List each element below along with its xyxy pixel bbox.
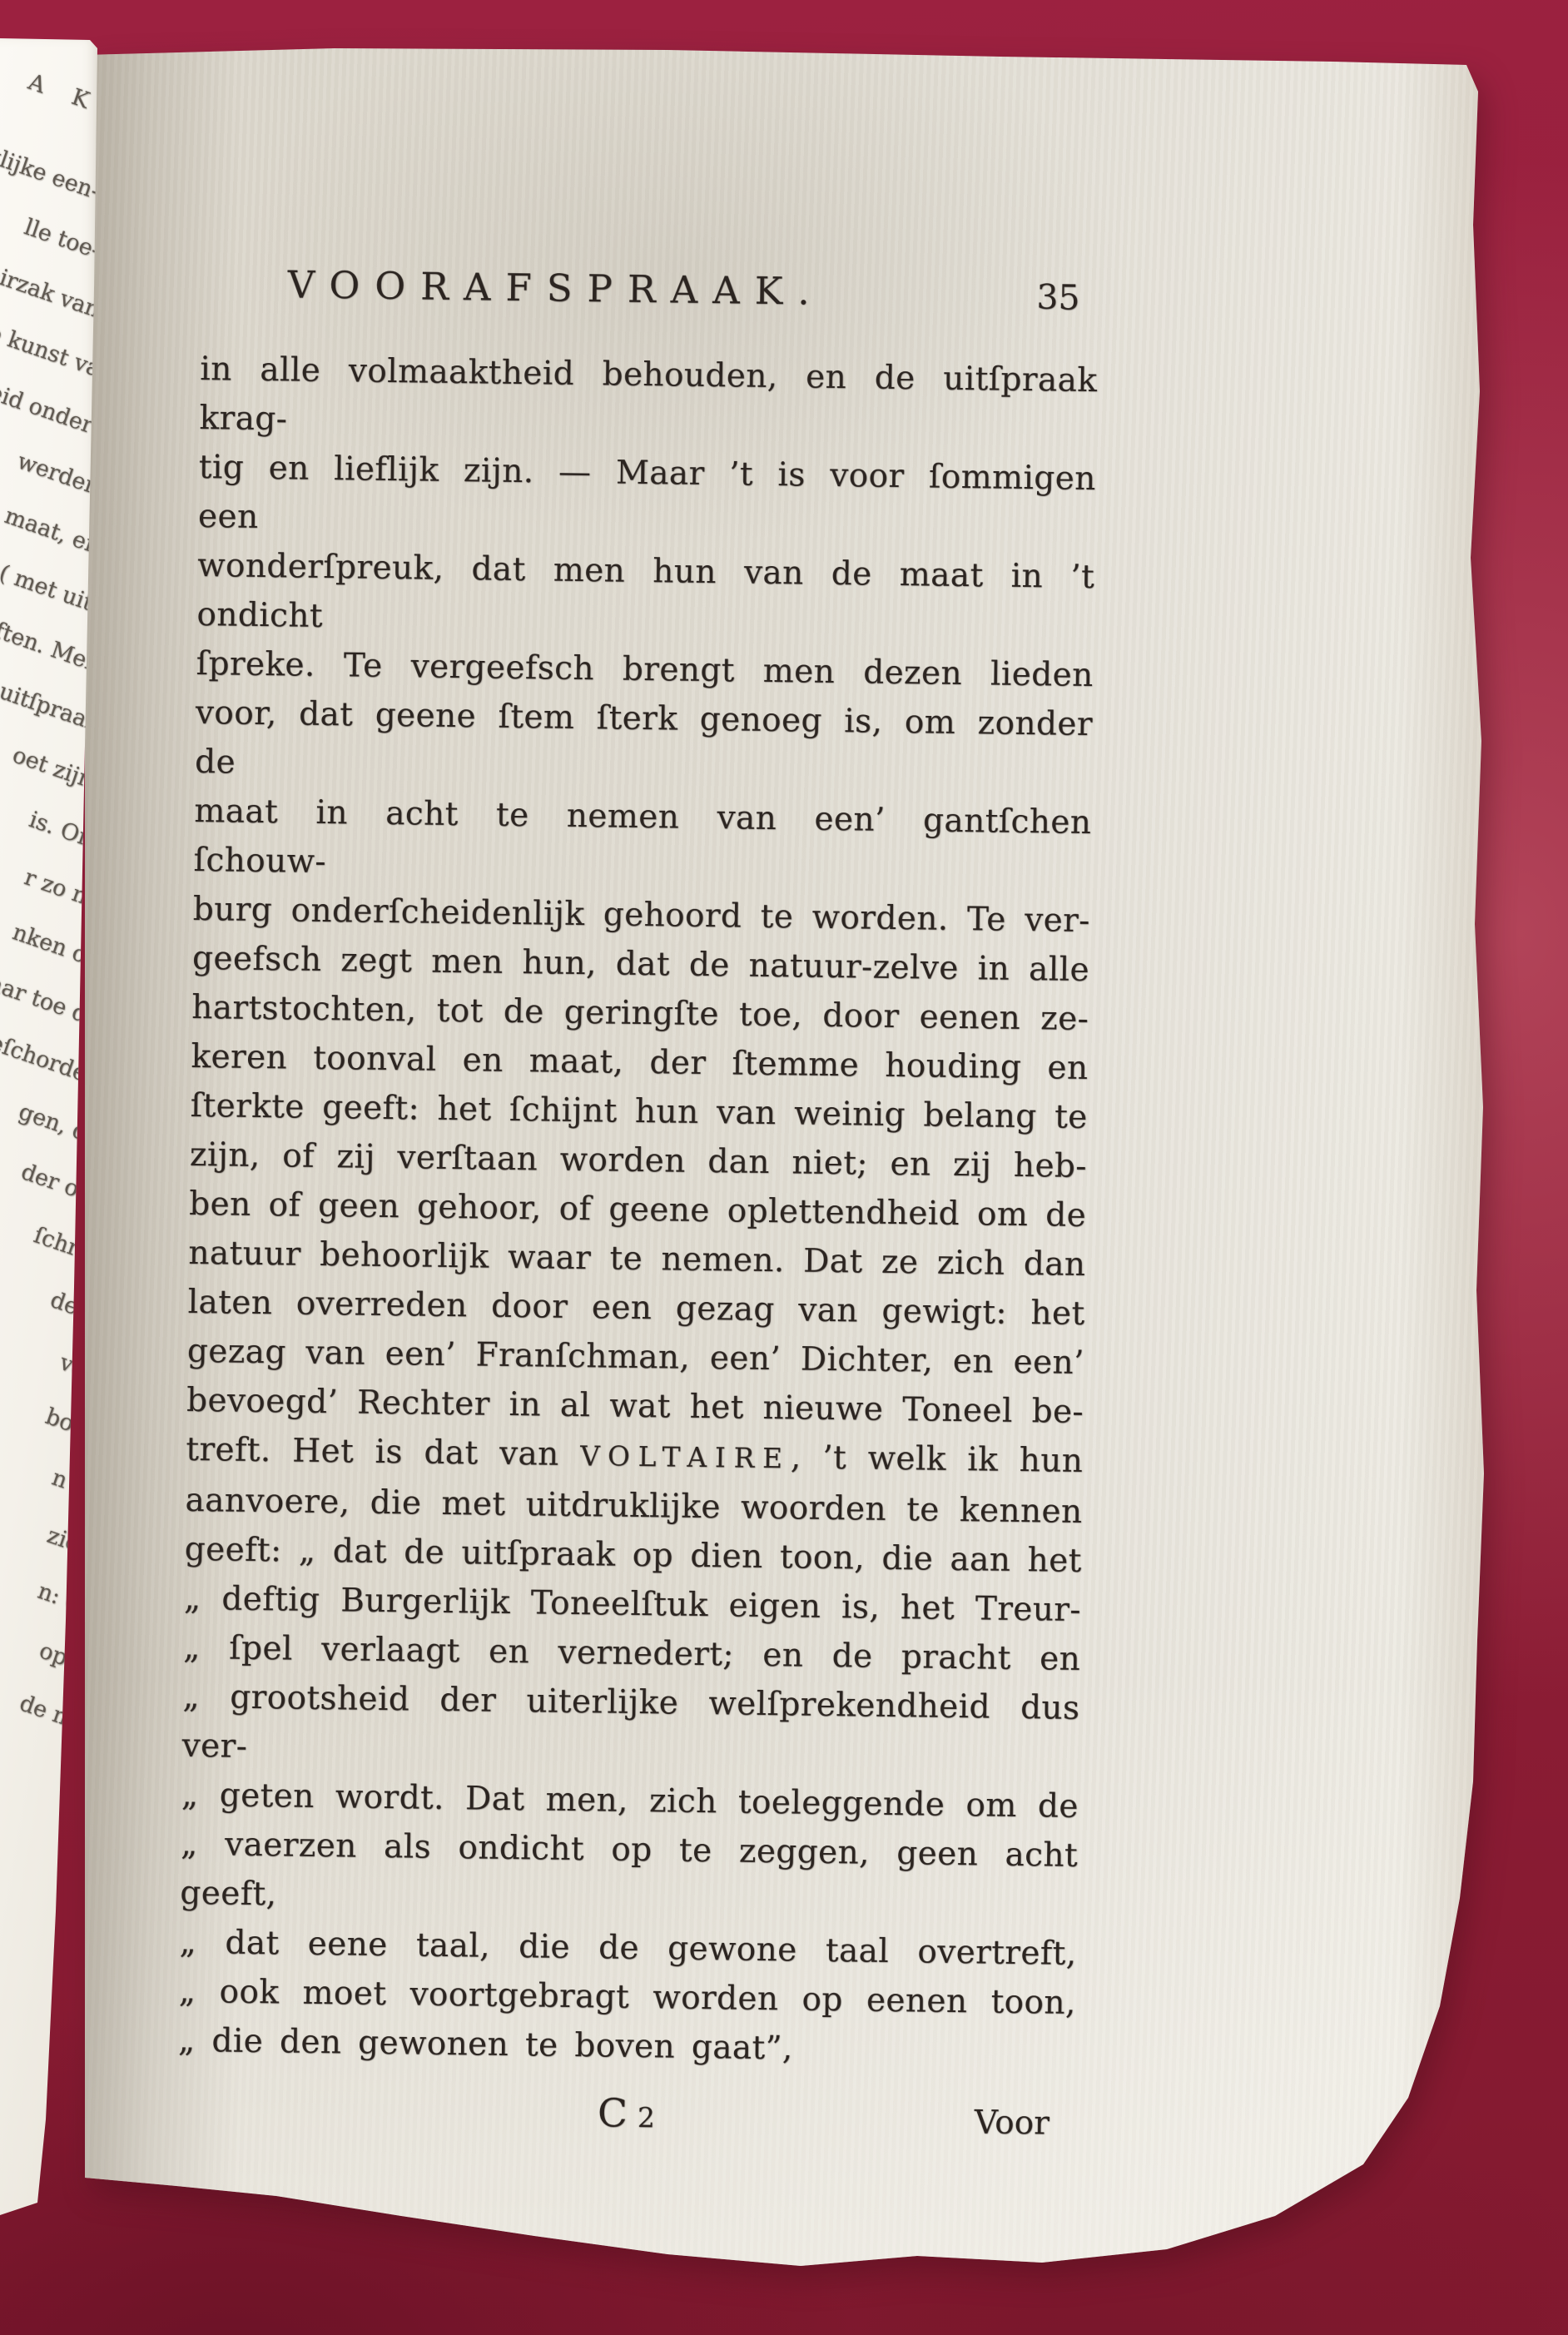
page-header: VOORAFSPRAAK. 35	[201, 265, 1099, 318]
book-page: VOORAFSPRAAK. 35 in alle volmaaktheid be…	[85, 42, 1500, 2302]
signature-number: 2	[638, 2101, 656, 2134]
signature-mark: C2	[598, 2089, 656, 2143]
page-content: VOORAFSPRAAK. 35 in alle volmaaktheid be…	[176, 265, 1099, 2162]
text-line: „ vaerzen als ondicht op te zeggen, geen…	[180, 1820, 1078, 1930]
text-segment: treft. Het is dat van	[186, 1431, 580, 1473]
left-page-text-fragment: oirzak van	[0, 260, 103, 325]
text-line: voor, dat geene ſtem ſterk genoeg is, om…	[195, 688, 1093, 798]
catchword: Voor	[974, 2102, 1049, 2144]
text-line: wonderſpreuk, dat men hun van de maat in…	[196, 541, 1094, 651]
left-page-text-fragment: A K	[25, 68, 103, 119]
left-page-text-fragment: maat, en	[1, 502, 103, 561]
text-line: in alle volmaaktheid behouden, en de uit…	[199, 345, 1097, 455]
left-page-text-fragment: lle toe-	[21, 213, 103, 266]
page-shadow-wrap: VOORAFSPRAAK. 35 in alle volmaaktheid be…	[0, 0, 1568, 2335]
text-line: tig en lieflijk zijn. — Maar ’t is voor …	[198, 443, 1096, 553]
left-page-text-fragment: e kunst va	[0, 319, 103, 384]
text-line: maat in acht te nemen van een’ gantſchen…	[193, 787, 1091, 897]
text-segment: , ’t welk ik hun	[791, 1438, 1084, 1480]
page-title: VOORAFSPRAAK.	[287, 266, 825, 310]
page-footer: C2 Voor	[176, 2084, 1074, 2162]
text-line: „ grootsheid der uiterlijke welſprekendh…	[181, 1672, 1079, 1782]
text-block: in alle volmaaktheid behouden, en de uit…	[178, 345, 1098, 2077]
left-page-text-fragment: eid onder-	[0, 379, 103, 444]
left-page-text-fragment: werden	[13, 448, 103, 503]
signature-letter: C	[598, 2090, 628, 2136]
left-page-text-fragment: oglijke een-	[0, 137, 103, 206]
page-number: 35	[1036, 281, 1080, 315]
book-photo: VOORAFSPRAAK. 35 in alle volmaaktheid be…	[0, 0, 1568, 2335]
author-name-smallcaps: VOLTAIRE	[580, 1440, 791, 1474]
